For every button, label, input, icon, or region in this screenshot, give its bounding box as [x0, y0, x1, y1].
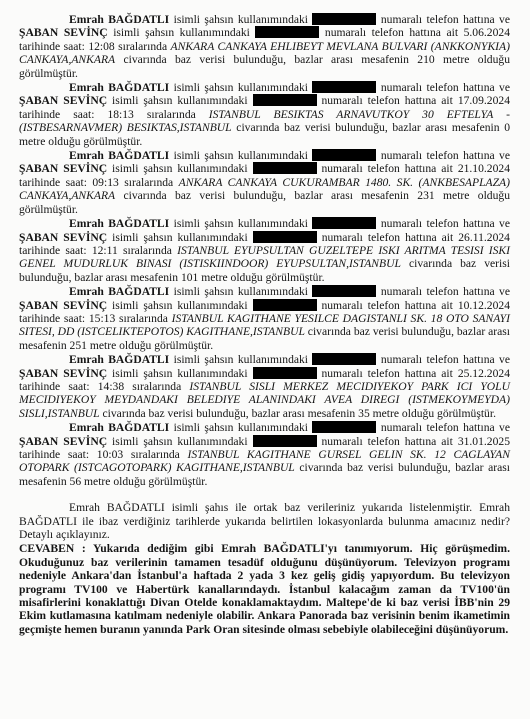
base-station-entry: Emrah BAĞDATLI isimli şahsın kullanımınd… — [19, 149, 510, 216]
text-span: isimli şahsın kullanımındaki — [108, 26, 256, 39]
redacted-phone-number — [253, 435, 317, 447]
answer-label: CEVABEN — [19, 542, 74, 555]
person-name: Emrah BAĞDATLI — [69, 149, 169, 162]
document-body: Emrah BAĞDATLI isimli şahsın kullanımınd… — [19, 13, 510, 637]
redacted-phone-number — [312, 13, 376, 25]
text-span: isimli şahsın kullanımındaki — [107, 162, 252, 175]
person-name: ŞABAN SEVİNÇ — [19, 435, 107, 448]
text-span: tarihinde saat: — [19, 448, 97, 461]
entry-date: 31.01.2025 — [458, 435, 510, 448]
person-name: ŞABAN SEVİNÇ — [19, 26, 108, 39]
person-name: Emrah BAĞDATLI — [69, 285, 169, 298]
text-span: hattına ve — [463, 421, 510, 434]
entry-distance: 35 — [358, 407, 370, 420]
person-name: ŞABAN SEVİNÇ — [19, 162, 107, 175]
base-station-entry: Emrah BAĞDATLI isimli şahsın kullanımınd… — [19, 217, 510, 284]
text-span: numaralı telefon — [376, 217, 463, 230]
text-span: numaralı telefon hattına — [319, 26, 446, 39]
text-span: sıralarında — [118, 244, 177, 257]
text-span: ait — [441, 162, 458, 175]
entry-time: 12:11 — [92, 244, 118, 257]
redacted-phone-number — [312, 81, 376, 93]
person-name: Emrah BAĞDATLI — [69, 421, 169, 434]
text-span: isimli şahsın kullanımındaki — [107, 299, 252, 312]
entry-date: 21.10.2024 — [458, 162, 510, 175]
redacted-phone-number — [255, 26, 319, 38]
text-span: isimli şahsın kullanımındaki — [107, 367, 252, 380]
text-span: tarihinde saat: — [19, 176, 92, 189]
text-span: numaralı telefon hattına — [317, 367, 442, 380]
redacted-phone-number — [312, 217, 376, 229]
document-page: Emrah BAĞDATLI isimli şahsın kullanımınd… — [0, 0, 530, 719]
entry-date: 26.11.2024 — [458, 231, 510, 244]
entry-distance: 0 — [504, 121, 510, 134]
entry-time: 10:03 — [97, 448, 123, 461]
person-name: Emrah BAĞDATLI — [69, 13, 169, 26]
base-station-entry: Emrah BAĞDATLI isimli şahsın kullanımınd… — [19, 285, 510, 352]
person-name: ŞABAN SEVİNÇ — [19, 299, 107, 312]
entry-distance: 231 — [417, 189, 434, 202]
entry-time: 15:13 — [89, 312, 115, 325]
text-span: isimli şahsın kullanımındaki — [107, 435, 252, 448]
text-span: civarında baz verisi bulunduğu, bazlar a… — [100, 407, 359, 420]
text-span: ait — [441, 435, 458, 448]
text-span: tarihinde saat: — [19, 108, 107, 121]
spacer — [19, 489, 510, 501]
entry-date: 25.12.2024 — [458, 367, 510, 380]
entry-distance: 251 — [70, 339, 87, 352]
entry-time: 14:38 — [98, 380, 124, 393]
text-span: ait — [442, 231, 459, 244]
text-span: isimli şahsın kullanımındaki — [169, 81, 312, 94]
redacted-phone-number — [253, 231, 317, 243]
text-span: numaralı telefon — [376, 13, 463, 26]
text-span: hattına ve — [463, 81, 510, 94]
entry-time: 12:08 — [88, 40, 114, 53]
text-span: : — [74, 542, 93, 555]
text-span: sıralarında — [115, 312, 171, 325]
text-span: hattına ve — [463, 149, 510, 162]
text-span: metre olduğu görülmüştür. — [81, 475, 207, 488]
entry-date: 10.12.2024 — [458, 299, 510, 312]
text-span: civarında baz verisi bulunduğu, bazlar a… — [115, 53, 417, 66]
entry-time: 09:13 — [92, 176, 118, 189]
person-name: Emrah BAĞDATLI — [69, 217, 169, 230]
text-span: tarihinde saat: — [19, 40, 88, 53]
person-name: ŞABAN SEVİNÇ — [19, 367, 107, 380]
text-span: ait — [441, 367, 458, 380]
entry-time: 18:13 — [107, 108, 133, 121]
person-name: Emrah BAĞDATLI — [69, 353, 169, 366]
text-span: tarihinde saat: — [19, 380, 98, 393]
text-span: tarihinde saat: — [19, 312, 89, 325]
text-span: isimli şahsın kullanımındaki — [169, 285, 312, 298]
text-span: numaralı telefon — [376, 149, 463, 162]
text-span: civarında baz verisi bulunduğu, bazlar a… — [115, 189, 417, 202]
entry-distance: 210 — [417, 53, 434, 66]
text-span: numaralı telefon hattına — [317, 435, 442, 448]
person-name: ŞABAN SEVİNÇ — [19, 94, 107, 107]
text-span: metre olduğu görülmüştür. — [198, 271, 324, 284]
base-station-entry: Emrah BAĞDATLI isimli şahsın kullanımınd… — [19, 13, 510, 80]
person-name: Emrah BAĞDATLI — [69, 81, 169, 94]
entry-distance: 101 — [181, 271, 198, 284]
redacted-phone-number — [312, 285, 376, 297]
text-span: isimli şahsın kullanımındaki — [169, 149, 312, 162]
entry-distance: 56 — [70, 475, 82, 488]
question-text: Emrah BAĞDATLI isimli şahıs ile ortak ba… — [19, 501, 510, 541]
text-span: hattına ve — [463, 285, 510, 298]
base-station-entry: Emrah BAĞDATLI isimli şahsın kullanımınd… — [19, 81, 510, 148]
text-span: metre olduğu görülmüştür. — [87, 339, 213, 352]
text-span: numaralı telefon hattına — [317, 299, 442, 312]
entry-date: 17.09.2024 — [458, 94, 510, 107]
text-span: tarihinde saat: — [19, 244, 92, 257]
text-span: ait — [441, 94, 458, 107]
base-station-entry: Emrah BAĞDATLI isimli şahsın kullanımınd… — [19, 353, 510, 420]
redacted-phone-number — [253, 367, 317, 379]
text-span: isimli şahsın kullanımındaki — [107, 231, 253, 244]
answer-body: Yukarıda dediğim gibi Emrah BAĞDATLI'yı … — [19, 542, 510, 635]
text-span: hattına ve — [463, 13, 510, 26]
text-span: hattına ve — [463, 353, 510, 366]
text-span: sıralarında — [115, 40, 171, 53]
text-span: numaralı telefon — [376, 285, 463, 298]
text-span: numaralı telefon — [376, 421, 463, 434]
text-span: sıralarında — [119, 176, 179, 189]
text-span: civarında baz verisi bulunduğu, bazlar a… — [232, 121, 505, 134]
text-span: numaralı telefon hattına — [317, 231, 442, 244]
redacted-phone-number — [312, 353, 376, 365]
text-span: sıralarında — [134, 108, 209, 121]
text-span: isimli şahsın kullanımındaki — [107, 94, 252, 107]
entry-date: 5.06.2024 — [464, 26, 510, 39]
redacted-phone-number — [253, 162, 317, 174]
text-span: ait — [441, 299, 458, 312]
redacted-phone-number — [312, 421, 376, 433]
text-span: numaralı telefon — [376, 353, 463, 366]
text-span: isimli şahsın kullanımındaki — [169, 353, 312, 366]
text-span: isimli şahsın kullanımındaki — [169, 421, 312, 434]
answer-text: CEVABEN : Yukarıda dediğim gibi Emrah BA… — [19, 542, 510, 636]
person-name: ŞABAN SEVİNÇ — [19, 231, 107, 244]
text-span: isimli şahsın kullanımındaki — [169, 13, 312, 26]
text-span: metre olduğu görülmüştür. — [19, 135, 142, 148]
text-span: numaralı telefon hattına — [317, 162, 442, 175]
text-span: ait — [446, 26, 463, 39]
text-span: numaralı telefon — [376, 81, 463, 94]
text-span: isimli şahsın kullanımındaki — [169, 217, 312, 230]
text-span: metre olduğu görülmüştür. — [370, 407, 496, 420]
redacted-phone-number — [253, 299, 317, 311]
text-span: hattına ve — [463, 217, 510, 230]
redacted-phone-number — [253, 94, 317, 106]
text-span: numaralı telefon hattına — [317, 94, 442, 107]
text-span: sıralarında — [124, 380, 189, 393]
base-station-entry: Emrah BAĞDATLI isimli şahsın kullanımınd… — [19, 421, 510, 488]
redacted-phone-number — [312, 149, 376, 161]
text-span: sıralarında — [123, 448, 187, 461]
